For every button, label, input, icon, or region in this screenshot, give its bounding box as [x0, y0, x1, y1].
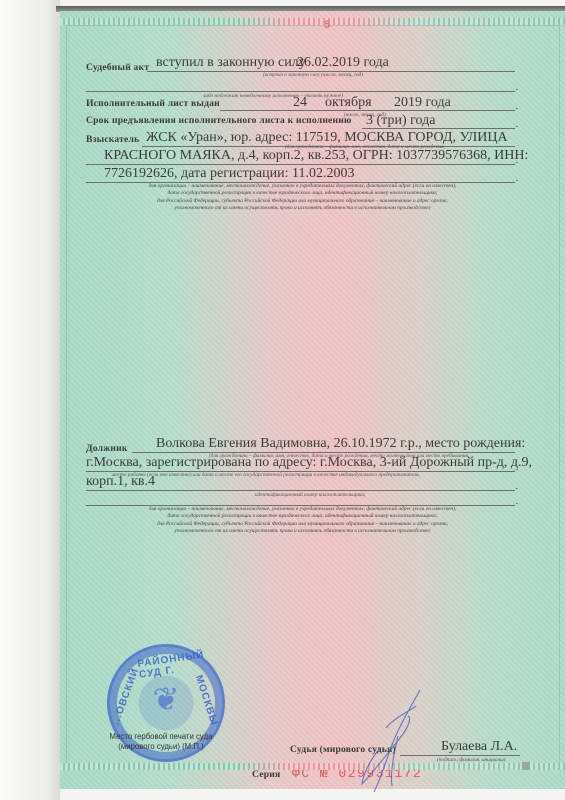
page-edge-left — [0, 0, 60, 800]
claimant-label: Взыскатель — [86, 134, 139, 145]
debtor-notes: для организации – наименование, местонах… — [80, 506, 525, 535]
claimant-notes: для организации – наименование, местонах… — [80, 183, 525, 212]
debtor-hint-2: место работы (если оно известно) или дат… — [112, 472, 420, 478]
debtor-line-1: Волкова Евгения Вадимовна, 26.10.1972 г.… — [156, 436, 525, 452]
claimant-line-3: 7726192626, дата регистрации: 11.02.2003 — [104, 166, 355, 182]
writ-issued-month: октября — [325, 95, 372, 111]
debtor-line-2: г.Москва, зарегистрирована по адресу: г.… — [86, 455, 532, 471]
term-label: Срок предъявления исполнительного листа … — [86, 115, 352, 126]
writ-issued-label: Исполнительный лист выдан — [86, 98, 220, 109]
court-act-line-2 — [86, 91, 515, 92]
court-act-status: вступил в законную силу — [156, 55, 306, 71]
judge-name: Булаева Л.А. — [441, 739, 517, 755]
term-value: 3 (три) года — [366, 113, 435, 129]
debtor-label: Должник — [86, 443, 128, 454]
claimant-note-3: для Российской Федерации, субъекта Росси… — [80, 198, 525, 205]
court-act-hint: (вступил в законную силу (число, месяц, … — [263, 72, 363, 78]
court-act-label: Судебный акт — [86, 62, 149, 73]
debtor-note-2: дата государственной регистрации в качес… — [80, 513, 525, 520]
debtor-note-3: для Российской Федерации, субъекта Росси… — [80, 521, 525, 528]
claimant-underline-2 — [86, 164, 515, 165]
coat-of-arms-icon: ❦ — [148, 677, 184, 721]
top-ornament-band: 5 — [60, 18, 565, 25]
court-act-date: 26.02.2019 года — [297, 55, 389, 71]
bottom-ornament-band — [60, 763, 565, 770]
writ-issued-year: 2019 года — [394, 95, 451, 111]
series-label: Серия — [252, 769, 280, 780]
stamp-text-left: ...ОВСКИЙ — [110, 667, 141, 727]
writ-issued-day: 24 — [293, 95, 307, 111]
claimant-note-2: дата государственной регистрации в качес… — [80, 190, 525, 197]
stamp-text-right: МОСКВЫ — [193, 674, 220, 727]
court-act-row: Судебный акт — [86, 57, 149, 75]
court-act-hint-2: либо подлежит немедленному исполнению – … — [203, 93, 343, 99]
seal-place-note: Место гербовой печати суда (мирового суд… — [96, 732, 226, 752]
claimant-note-4: уполномоченного от их имени осуществлять… — [80, 205, 525, 212]
judge-signature — [350, 688, 440, 798]
seal-place-note-2: (мирового судьи) (М.П.) — [96, 742, 226, 752]
debtor-underline-3 — [86, 490, 515, 491]
debtor-line-3: корп.1, кв.4 — [86, 474, 155, 490]
corner-marker — [522, 762, 530, 770]
debtor-note-4: уполномоченного от их имени осуществлять… — [80, 528, 525, 535]
stamp-text-top: РАЙОННЫЙ СУД Г. — [137, 647, 223, 680]
claimant-line-2: КРАСНОГО МАЯКА, д.4, корп.2, кв.253, ОГР… — [104, 148, 528, 164]
seal-place-note-1: Место гербовой печати суда — [96, 732, 226, 742]
debtor-hint-3: идентификационный номер налогоплательщик… — [255, 492, 366, 498]
